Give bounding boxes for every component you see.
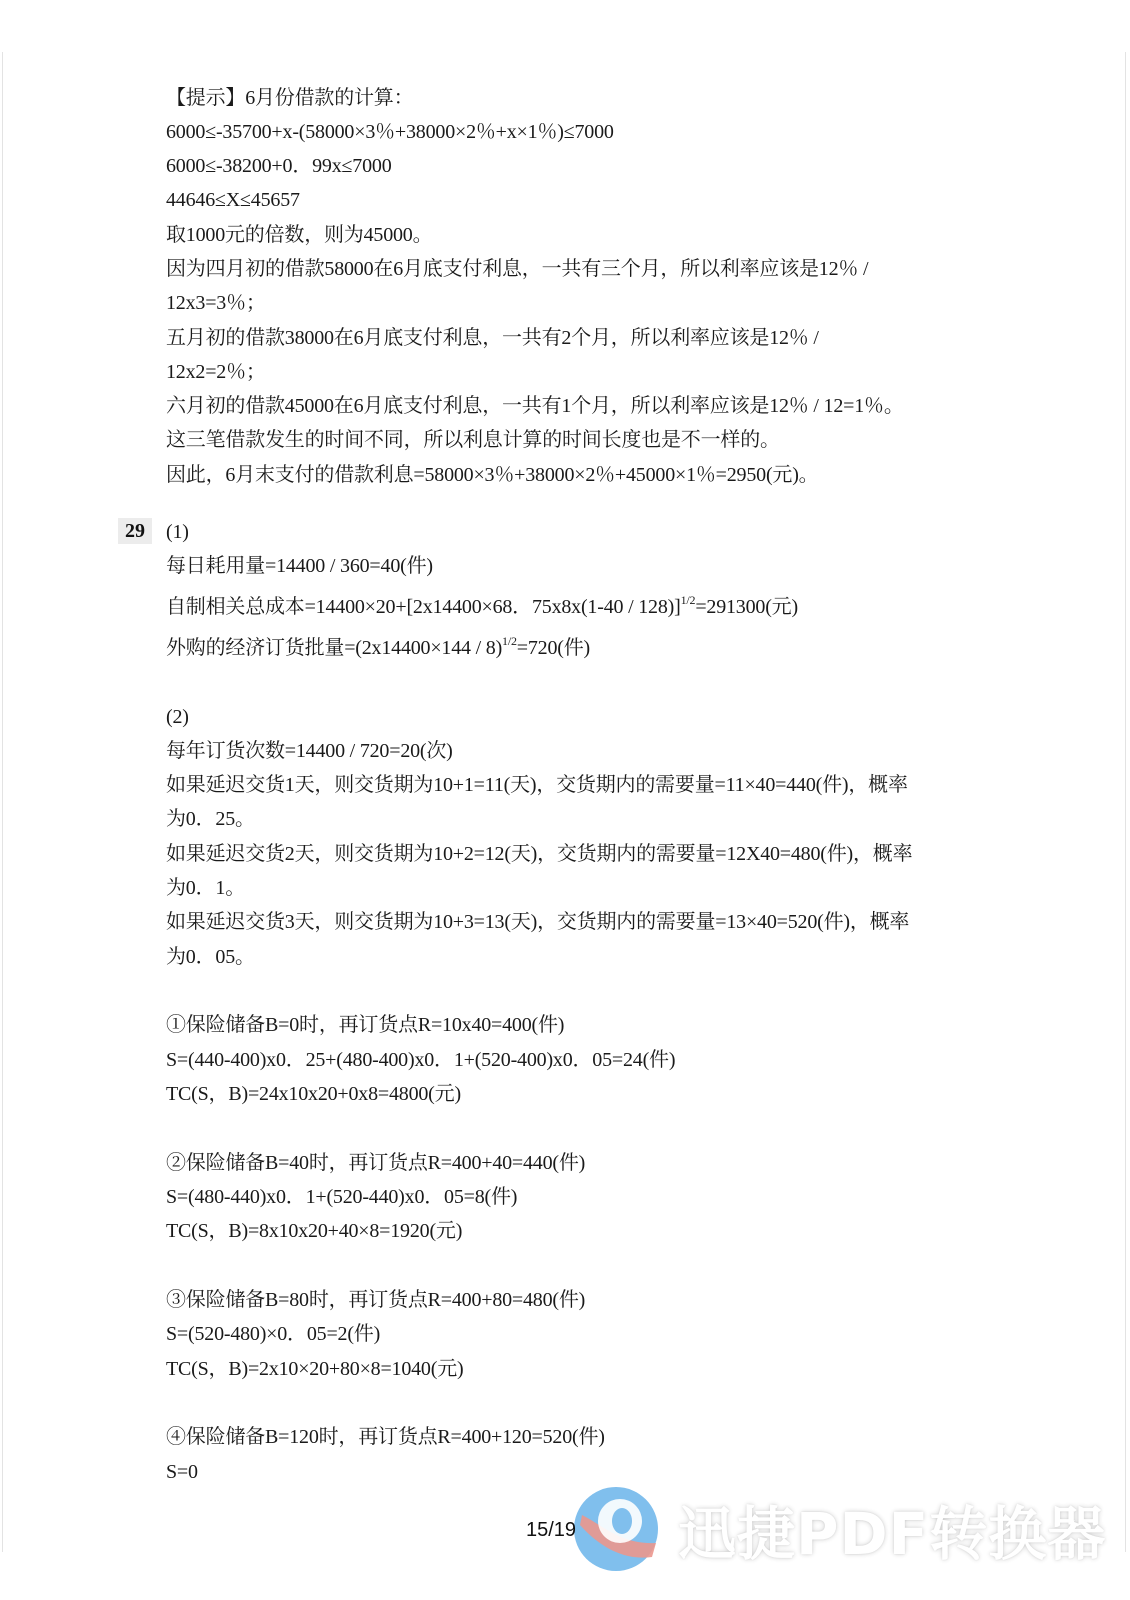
- hint-title: 【提示】6月份借款的计算：: [166, 86, 413, 110]
- hint-line: 因为四月初的借款58000在6月底支付利息，一共有三个月，所以利率应该是12％ …: [166, 257, 868, 281]
- part2-line: 如果延迟交货3天，则交货期为10+3=13(天)，交货期内的需要量=13×40=…: [166, 910, 909, 934]
- scenario-shortage: S=(440-400)x0．25+(480-400)x0．1+(520-400)…: [166, 1048, 675, 1072]
- self-made-cost-prefix: 自制相关总成本=14400×20+[2x14400×68．75x8x(1-40 …: [166, 596, 681, 618]
- exponent: 1/2: [681, 593, 696, 607]
- part1-label: (1): [166, 520, 189, 544]
- part2-label: (2): [166, 705, 189, 729]
- hint-line: 6000≤-35700+x-(58000×3％+38000×2％+x×1％)≤7…: [166, 120, 614, 144]
- hint-line: 因此，6月末支付的借款利息=58000×3％+38000×2％+45000×1％…: [166, 463, 818, 487]
- hint-line: 12x2=2％；: [166, 360, 266, 384]
- scenario-shortage: S=(480-440)x0．1+(520-440)x0．05=8(件): [166, 1185, 517, 1209]
- part2-line: 为0．25。: [166, 807, 255, 831]
- page-number: 15/19: [526, 1519, 576, 1542]
- scenario-total-cost: TC(S，B)=2x10×20+80×8=1040(元): [166, 1357, 463, 1381]
- scenario-total-cost: TC(S，B)=8x10x20+40×8=1920(元): [166, 1219, 462, 1243]
- hint-line: 12x3=3％；: [166, 291, 266, 315]
- question-number-badge: 29: [118, 518, 152, 544]
- scenario-title: ②保险储备B=40时，再订货点R=400+40=440(件): [166, 1151, 585, 1175]
- self-made-cost-line: 自制相关总成本=14400×20+[2x14400×68．75x8x(1-40 …: [166, 595, 798, 619]
- scenario-total-cost: TC(S，B)=24x10x20+0x8=4800(元): [166, 1082, 461, 1106]
- hint-line: 这三笔借款发生的时间不同，所以利息计算的时间长度也是不一样的。: [166, 428, 780, 452]
- eoq-prefix: 外购的经济订货批量=(2x14400×144 / 8): [166, 637, 502, 659]
- hint-line: 五月初的借款38000在6月底支付利息，一共有2个月，所以利率应该是12％ /: [166, 326, 819, 350]
- hint-line: 六月初的借款45000在6月底支付利息，一共有1个月，所以利率应该是12％ / …: [166, 394, 904, 418]
- scenario-title: ③保险储备B=80时，再订货点R=400+80=480(件): [166, 1288, 585, 1312]
- part2-line: 如果延迟交货2天，则交货期为10+2=12(天)，交货期内的需要量=12X40=…: [166, 842, 912, 866]
- part2-line: 每年订货次数=14400 / 720=20(次): [166, 739, 453, 763]
- hint-line: 6000≤-38200+0．99x≤7000: [166, 154, 392, 178]
- scenario-title: ①保险储备B=0时，再订货点R=10x40=400(件): [166, 1013, 564, 1037]
- part2-line: 为0．05。: [166, 945, 255, 969]
- part2-line: 如果延迟交货1天，则交货期为10+1=11(天)，交货期内的需要量=11×40=…: [166, 773, 908, 797]
- part2-line: 为0．1。: [166, 876, 245, 900]
- daily-usage-line: 每日耗用量=14400 / 360=40(件): [166, 554, 433, 578]
- scenario-shortage: S=0: [166, 1460, 198, 1484]
- eoq-line: 外购的经济订货批量=(2x14400×144 / 8)1/2=720(件): [166, 636, 590, 660]
- self-made-cost-suffix: =291300(元): [695, 596, 798, 618]
- exponent: 1/2: [502, 634, 517, 648]
- eoq-suffix: =720(件): [517, 637, 590, 659]
- hint-line: 取1000元的倍数，则为45000。: [166, 223, 432, 247]
- scenario-shortage: S=(520-480)×0．05=2(件): [166, 1322, 380, 1346]
- scenario-title: ④保险储备B=120时，再订货点R=400+120=520(件): [166, 1425, 605, 1449]
- hint-line: 44646≤X≤45657: [166, 188, 300, 212]
